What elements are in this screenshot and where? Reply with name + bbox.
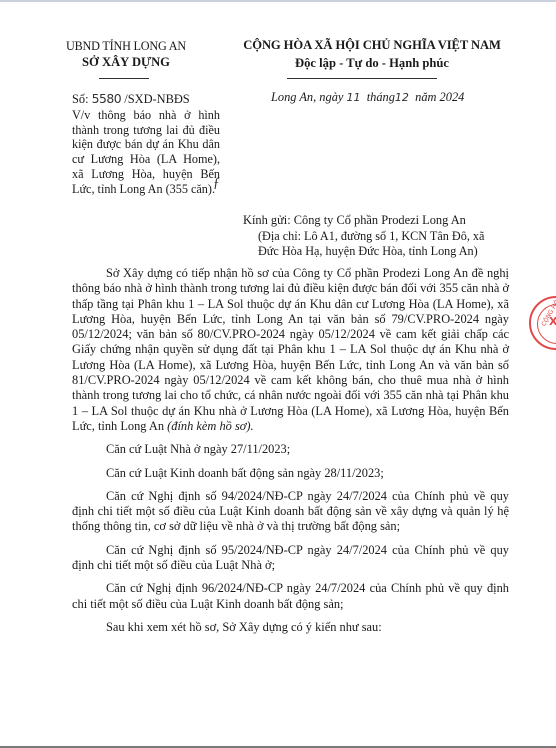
body-closing: Sau khi xem xét hồ sơ, Sở Xây dựng có ý … xyxy=(72,620,509,635)
official-stamp: CỘNG HÒA X xyxy=(529,296,556,350)
handwritten-mark: ƒ xyxy=(213,176,220,192)
legal-basis-1: Căn cứ Luật Nhà ở ngày 27/11/2023; xyxy=(72,442,509,457)
legal-basis-2: Căn cứ Luật Kinh doanh bất động sản ngày… xyxy=(72,466,509,481)
document-number-suffix: /SXD-NBĐS xyxy=(121,92,190,106)
date-month-label: tháng xyxy=(361,90,395,104)
motto-underline xyxy=(287,78,437,79)
document-number-prefix: Số: xyxy=(72,92,92,106)
document-number: Số: 5580 /SXD-NBĐS xyxy=(72,91,190,107)
stamp-center-text: X xyxy=(549,315,556,328)
date-month-handwritten: 12 xyxy=(395,91,409,104)
date-day-handwritten: 11 xyxy=(347,91,361,104)
document-number-handwritten: 5580 xyxy=(92,91,122,106)
document-body: Sở Xây dựng có tiếp nhận hồ sơ của Công … xyxy=(72,266,509,635)
body-intro: Sở Xây dựng có tiếp nhận hồ sơ của Công … xyxy=(72,266,509,434)
legal-basis-5: Căn cứ Nghị định 96/2024/NĐ-CP ngày 24/7… xyxy=(72,581,509,612)
body-intro-attachment-note: (đính kèm hồ sơ). xyxy=(167,419,253,433)
agency-name: SỞ XÂY DỰNG xyxy=(56,55,196,70)
document-subject: V/v thông báo nhà ở hình thành trong tươ… xyxy=(72,108,220,196)
recipient: Kính gửi: Công ty Cổ phần Prodezi Long A… xyxy=(243,213,466,228)
recipient-address: (Địa chỉ: Lô A1, đường số 1, KCN Tân Đô,… xyxy=(258,229,488,259)
legal-basis-4: Căn cứ Nghị định số 95/2024/NĐ-CP ngày 2… xyxy=(72,543,509,574)
agency-parent: UBND TỈNH LONG AN xyxy=(56,39,196,54)
body-intro-text: Sở Xây dựng có tiếp nhận hồ sơ của Công … xyxy=(72,266,509,433)
legal-basis-3: Căn cứ Nghị định số 94/2024/NĐ-CP ngày 2… xyxy=(72,489,509,535)
page-top-border xyxy=(0,0,556,2)
national-motto: Độc lập - Tự do - Hạnh phúc xyxy=(222,56,522,71)
date-place: Long An, ngày xyxy=(271,90,347,104)
agency-underline xyxy=(99,78,149,79)
national-title: CỘNG HÒA XÃ HỘI CHỦ NGHĨA VIỆT NAM xyxy=(222,38,522,53)
date-year: năm 2024 xyxy=(409,90,464,104)
date-line: Long An, ngày 11 tháng12 năm 2024 xyxy=(271,90,464,105)
